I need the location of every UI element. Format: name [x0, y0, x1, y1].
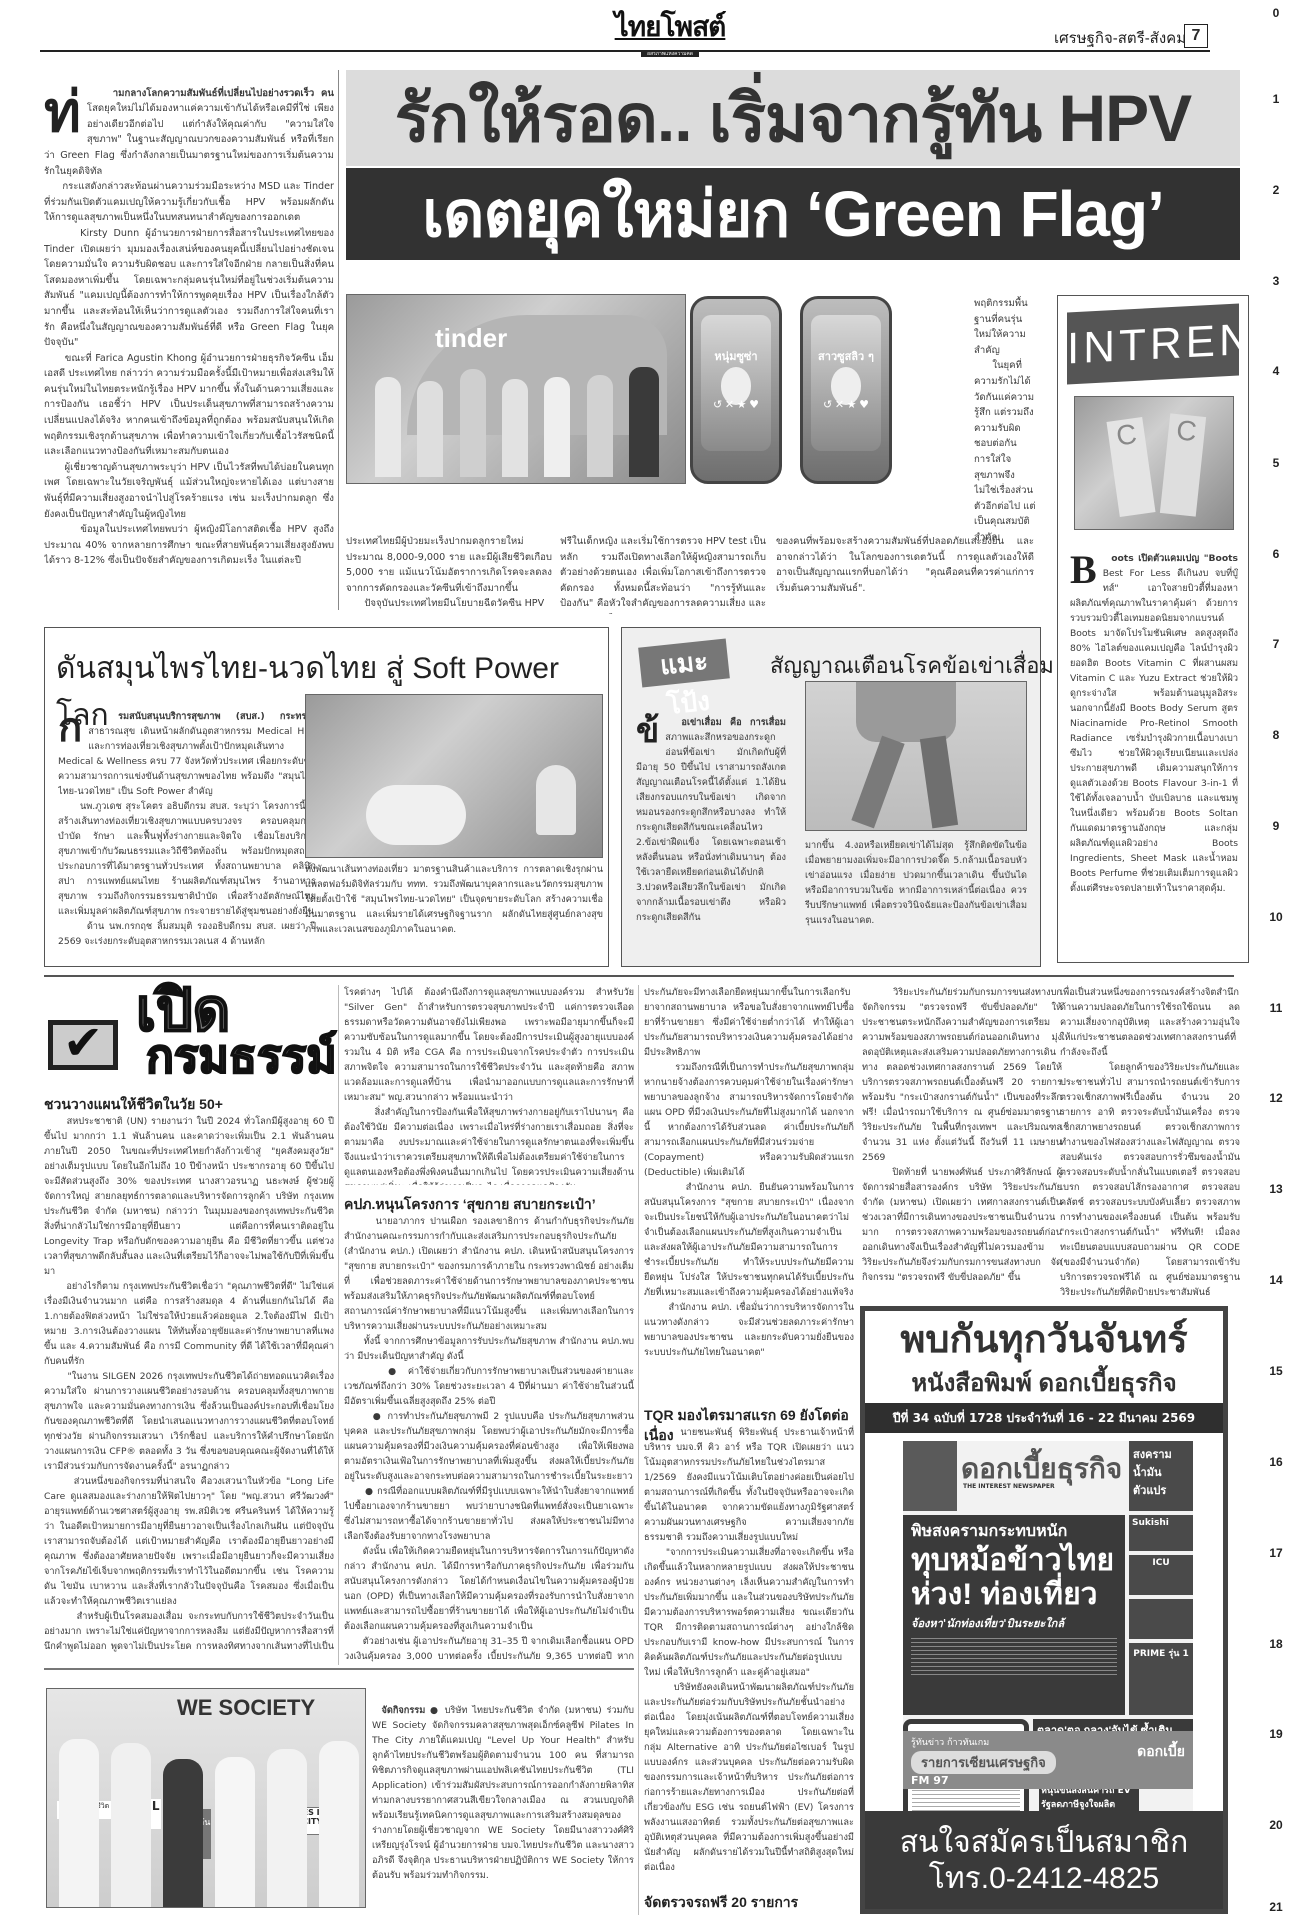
- ad-subtitle: หนังสือพิมพ์ ดอกเบี้ยธุรกิจ: [865, 1363, 1223, 1402]
- ad-issue-banner: ปีที่ 34 ฉบับที่ 1728 ประจำวันที่ 16 - 2…: [865, 1403, 1223, 1433]
- boots-product-photo: C C: [1074, 396, 1234, 530]
- ad-title: พบกันทุกวันจันทร์: [865, 1319, 1223, 1361]
- gutter-number: 8: [1266, 728, 1286, 742]
- story4-col-1: วิริยะประกันภัยร่วมกับกรมการขนส่งทางบก จ…: [862, 985, 1062, 1297]
- hpv-col-4: ของคนที่พร้อมจะสร้างความสัมพันธ์ที่ปลอดภ…: [776, 534, 1034, 614]
- dokbia-turakij-advertisement[interactable]: พบกันทุกวันจันทร์ หนังสือพิมพ์ ดอกเบี้ยธ…: [860, 1306, 1228, 1914]
- headline-line-2: เดตยุคใหม่ยก ‘Green Flag’: [346, 168, 1240, 260]
- gutter-number: 5: [1266, 456, 1286, 470]
- gutter-number: 20: [1266, 1818, 1286, 1832]
- story4-col-2: เพื่อเป็นส่วนหนึ่งของการรณรงค์สร้างจิตสำ…: [1060, 985, 1240, 1297]
- gutter-number: 7: [1266, 637, 1286, 651]
- section-label: เศรษฐกิจ-สตรี-สังคม: [1054, 26, 1186, 50]
- story1-title: ชวนวางแผนให้ชีวิตในวัย 50+: [44, 1094, 334, 1114]
- header-rule: [40, 50, 1210, 52]
- gutter-number: 19: [1266, 1727, 1286, 1741]
- dropcap: ข้: [636, 715, 659, 749]
- hpv-col-1: ท่ามกลางโลกความสัมพันธ์ที่เปลี่ยนไปอย่าง…: [44, 70, 334, 610]
- knee-pain-photo: [805, 681, 1027, 831]
- star-icon: ★: [737, 398, 747, 411]
- dropcap: ก: [58, 709, 82, 747]
- gutter-number: 3: [1266, 274, 1286, 288]
- gutter-number: 0: [1266, 6, 1286, 20]
- undo-icon: ↺: [713, 398, 722, 411]
- newspaper-logo: ไทยโพสต์ อิสรภาพแห่งความคิด: [610, 14, 730, 48]
- perd-kromtham-logo: เปิด กรมธรรม์: [44, 982, 329, 1080]
- knee-col-2: มากขึ้น 4.งอหรือเหยียดเข่าได้ไม่สุด รู้ส…: [805, 838, 1027, 962]
- close-icon: ✕: [835, 398, 844, 411]
- gutter-number: 1: [1266, 92, 1286, 106]
- thai-massage-photo: [305, 694, 603, 858]
- gutter-number: 12: [1266, 1091, 1286, 1105]
- star-icon: ★: [847, 398, 857, 411]
- radio-show-banner: รู้ทันข่าว ก้าวทันเกม รายการเซียนเศรษฐกิ…: [903, 1731, 1193, 1789]
- story3-body: นายชนะพันธุ์ พิริยะพันธุ์ ประธานเจ้าหน้า…: [644, 1425, 854, 1885]
- story1-body: สหประชาชาติ (UN) รายงานว่า ในปี 2024 ทั่…: [44, 1114, 334, 1652]
- story1-body-cont: โรคต่างๆ ไปได้ ต้องคำนึงถึงการดูแลสุขภาพ…: [344, 985, 634, 1185]
- gutter-number: 15: [1266, 1364, 1286, 1378]
- gutter-number: 10: [1266, 910, 1286, 924]
- gutter-number: 13: [1266, 1182, 1286, 1196]
- gutter-number: 17: [1266, 1546, 1286, 1560]
- hpv-col-2: ประเทศไทยมีผู้ป่วยมะเร็งปากมดลูกรายใหม่ป…: [346, 534, 552, 614]
- gutter-number: 4: [1266, 364, 1286, 378]
- undo-icon: ↺: [823, 398, 832, 411]
- page-number: 7: [1184, 24, 1208, 48]
- knee-headline: สัญญาณเตือนโรคข้อเข่าเสื่อม: [770, 648, 1054, 683]
- story4-title: จัดตรวจรถฟรี 20 รายการ: [644, 1892, 858, 1912]
- gutter-number: 21: [1266, 1900, 1286, 1914]
- dropcap: B: [1070, 551, 1097, 589]
- intrend-text: Boots เปิดตัวแคมเปญ "Boots Best For Less…: [1070, 536, 1238, 956]
- heart-icon: ♥: [859, 398, 869, 411]
- story2-body-cont: ประกันภัยจะมีทางเลือกยืดหยุ่นมากขึ้นในกา…: [644, 985, 854, 1385]
- heart-icon: ♥: [749, 398, 759, 411]
- herb-col-1: กรมสนับสนุนบริการสุขภาพ (สบส.) กระทรวง ส…: [58, 694, 316, 962]
- hpv-side-col: พฤติกรรมพื้นฐานที่คนรุ่นใหม่ให้ความสำคัญ…: [974, 296, 1036, 540]
- we-society-event-photo: WE SOCIETY ไทยประกันชีวิต PILATES IN THE…: [46, 1688, 366, 1908]
- event-text: จัดกิจกรรม ● บริษัท ไทยประกันชีวิต จำกัด…: [372, 1688, 634, 1916]
- gutter-number: 2: [1266, 183, 1286, 197]
- gutter-number: 9: [1266, 819, 1286, 833]
- hpv-col-3: ฟรีในเด็กหญิง และเริ่มใช้การตรวจ HPV tes…: [560, 534, 766, 614]
- gutter-number: 6: [1266, 547, 1286, 561]
- tinder-event-photo: tinder: [346, 294, 686, 484]
- phone-mockup-2: สาวซูสลิว ๆ ↺✕★♥: [800, 296, 892, 484]
- gutter-number: 18: [1266, 1637, 1286, 1651]
- knee-col-1: ข้อเข่าเสื่อม คือ การเสื่อม สภาพและสึกหร…: [636, 700, 786, 962]
- gutter-number: 11: [1266, 1001, 1286, 1015]
- story2-title: คปภ.หนุนโครงการ ‘สุขกาย สบายกระเป๋า’: [344, 1194, 634, 1214]
- intrend-logo: INTREND: [1067, 303, 1239, 384]
- dropcap: ท่: [44, 86, 81, 140]
- subscribe-phone: โทร.0-2412-4825: [865, 1861, 1223, 1897]
- gutter-number: 14: [1266, 1273, 1286, 1287]
- ad-subscribe-footer: สนใจสมัครเป็นสมาชิก โทร.0-2412-4825: [865, 1811, 1223, 1909]
- checkbox-icon: [48, 1020, 118, 1070]
- story2-body: นายอาภากร ปานเผือก รองเลขาธิการ ด้านกำกั…: [344, 1214, 634, 1664]
- close-icon: ✕: [725, 398, 734, 411]
- phone-mockup-1: หนุ่มซูซ่า ↺✕★♥: [690, 296, 782, 484]
- gutter-number: 16: [1266, 1455, 1286, 1469]
- headline-line-1: รักให้รอด.. เริ่มจากรู้ทัน HPV: [346, 70, 1240, 166]
- herb-col-2: ทั้งพัฒนาเส้นทางท่องเที่ยว มาตรฐานสินค้า…: [305, 862, 603, 962]
